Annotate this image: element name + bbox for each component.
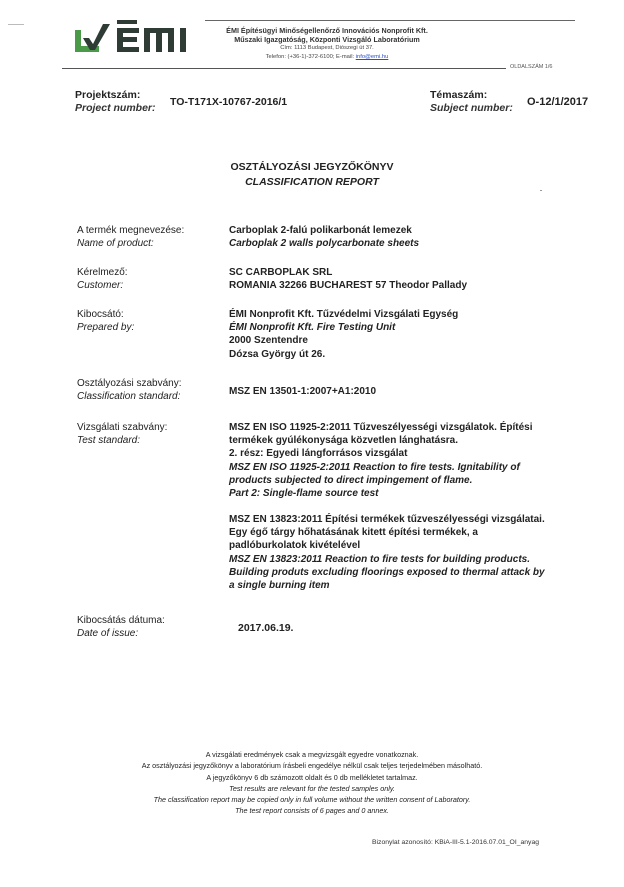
preparer-name-en: ÉMI Nonprofit Kft. Fire Testing Unit xyxy=(229,321,458,334)
std2-en-line1: MSZ EN 13823:2011 Reaction to fire tests… xyxy=(229,553,545,566)
footer-note-hu-1: A vizsgálati eredmények csak a megvizsgá… xyxy=(0,749,624,760)
org-phone: Telefon: (+36-1)-372-6100; E-mail: xyxy=(266,54,356,60)
std1-en-line1: MSZ EN ISO 11925-2:2011 Reaction to fire… xyxy=(229,461,532,474)
classification-standard-text: MSZ EN 13501-1:2007+A1:2010 xyxy=(229,385,376,398)
footer-note-hu-3: A jegyzőkönyv 6 db számozott oldalt és 0… xyxy=(0,772,624,783)
classification-standard-value: MSZ EN 13501-1:2007+A1:2010 xyxy=(229,385,376,398)
customer-label-en: Customer: xyxy=(77,279,128,292)
footer-notes: A vizsgálati eredmények csak a megvizsgá… xyxy=(0,749,624,817)
product-value: Carboplak 2-falú polikarbonát lemezek Ca… xyxy=(229,224,419,250)
classification-standard-label-hu: Osztályozási szabvány: xyxy=(77,377,182,390)
prepared-by-label-hu: Kibocsátó: xyxy=(77,308,134,321)
project-label-en: Project number: xyxy=(75,102,156,114)
scan-artifact xyxy=(8,24,24,25)
scan-artifact xyxy=(540,190,542,191)
test-standard-label-hu: Vizsgálati szabvány: xyxy=(77,421,167,434)
std2-hu-line1: MSZ EN 13823:2011 Építési termékek tűzve… xyxy=(229,513,545,526)
footer-note-hu-2: Az osztályozási jegyzőkönyv a laboratóri… xyxy=(0,760,624,771)
footer-note-en-2: The classification report may be copied … xyxy=(0,794,624,805)
customer-name: SC CARBOPLAK SRL xyxy=(229,266,467,279)
subject-label-hu: Témaszám: xyxy=(430,89,487,101)
std1-hu-line1: MSZ EN ISO 11925-2:2011 Tűzveszélyességi… xyxy=(229,421,532,434)
checkmark-box-icon xyxy=(73,20,195,56)
std2-en-line2: Building produts excluding floorings exp… xyxy=(229,566,545,579)
footer-note-en-1: Test results are relevant for the tested… xyxy=(0,783,624,794)
header-top-rule xyxy=(205,20,575,21)
org-address: Cím: 1113 Budapest, Diószegi út 37. xyxy=(222,44,432,53)
project-number-value: TO-T171X-10767-2016/1 xyxy=(170,96,287,109)
org-department: Műszaki Igazgatóság, Központi Vizsgáló L… xyxy=(222,35,432,44)
customer-value: SC CARBOPLAK SRL ROMANIA 32266 BUCHAREST… xyxy=(229,266,467,292)
organization-block: ÉMI Építésügyi Minőségellenőrző Innováci… xyxy=(222,26,432,62)
prepared-by-value: ÉMI Nonprofit Kft. Tűzvédelmi Vizsgálati… xyxy=(229,308,458,361)
subject-number-label: Témaszám: Subject number: xyxy=(430,89,513,115)
test-standard-value-2: MSZ EN 13823:2011 Építési termékek tűzve… xyxy=(229,513,545,592)
document-title: OSZTÁLYOZÁSI JEGYZŐKÖNYV CLASSIFICATION … xyxy=(0,160,624,190)
project-number-label: Projektszám: Project number: xyxy=(75,89,156,115)
product-label-hu: A termék megnevezése: xyxy=(77,224,184,237)
customer-address: ROMANIA 32266 BUCHAREST 57 Theodor Palla… xyxy=(229,279,467,292)
title-en: CLASSIFICATION REPORT xyxy=(0,175,624,190)
preparer-street: Dózsa György út 26. xyxy=(229,348,458,361)
date-label-hu: Kibocsátás dátuma: xyxy=(77,614,165,627)
document-id: Bizonylat azonosító: KBiA-III-5.1-2016.0… xyxy=(372,839,539,846)
preparer-city: 2000 Szentendre xyxy=(229,334,458,347)
date-label-en: Date of issue: xyxy=(77,627,165,640)
page-number: OLDALSZÁM 1/6 xyxy=(510,64,553,70)
customer-label: Kérelmező: Customer: xyxy=(77,266,128,292)
std2-hu-line3: padlóburkolatok kivételével xyxy=(229,539,545,552)
std2-hu-line2: Egy égő tárgy hőhatásának kitett építési… xyxy=(229,526,545,539)
std1-en-line2: products subjected to direct impingement… xyxy=(229,474,532,487)
test-standard-label: Vizsgálati szabvány: Test standard: xyxy=(77,421,167,447)
std1-en-line3: Part 2: Single-flame source test xyxy=(229,487,532,500)
classification-standard-label-en: Classification standard: xyxy=(77,390,182,403)
test-standard-label-en: Test standard: xyxy=(77,434,167,447)
date-of-issue-label: Kibocsátás dátuma: Date of issue: xyxy=(77,614,165,640)
preparer-name-hu: ÉMI Nonprofit Kft. Tűzvédelmi Vizsgálati… xyxy=(229,308,458,321)
prepared-by-label: Kibocsátó: Prepared by: xyxy=(77,308,134,334)
test-standard-value-1: MSZ EN ISO 11925-2:2011 Tűzveszélyességi… xyxy=(229,421,532,500)
prepared-by-label-en: Prepared by: xyxy=(77,321,134,334)
classification-standard-label: Osztályozási szabvány: Classification st… xyxy=(77,377,182,403)
project-label-hu: Projektszám: xyxy=(75,89,140,101)
org-name: ÉMI Építésügyi Minőségellenőrző Innováci… xyxy=(222,26,432,35)
email-link[interactable]: info@emi.hu xyxy=(356,54,389,60)
footer-note-en-3: The test report consists of 6 pages and … xyxy=(0,805,624,816)
header-rule xyxy=(62,68,506,69)
product-label-en: Name of product: xyxy=(77,237,184,250)
product-label: A termék megnevezése: Name of product: xyxy=(77,224,184,250)
product-value-hu: Carboplak 2-falú polikarbonát lemezek xyxy=(229,224,419,237)
subject-label-en: Subject number: xyxy=(430,102,513,114)
subject-number-value: O-12/1/2017 xyxy=(527,96,588,109)
org-contact: Telefon: (+36-1)-372-6100; E-mail: info@… xyxy=(222,53,432,62)
std2-en-line3: a single burning item xyxy=(229,579,545,592)
std1-hu-line3: 2. rész: Egyedi lángforrásos vizsgálat xyxy=(229,447,532,460)
product-value-en: Carboplak 2 walls polycarbonate sheets xyxy=(229,237,419,250)
date-of-issue-value: 2017.06.19. xyxy=(238,622,293,635)
emi-logo xyxy=(73,20,195,56)
issue-date: 2017.06.19. xyxy=(238,622,293,635)
customer-label-hu: Kérelmező: xyxy=(77,266,128,279)
title-hu: OSZTÁLYOZÁSI JEGYZŐKÖNYV xyxy=(0,160,624,175)
std1-hu-line2: termékek gyúlékonysága közvetlen lánghat… xyxy=(229,434,532,447)
